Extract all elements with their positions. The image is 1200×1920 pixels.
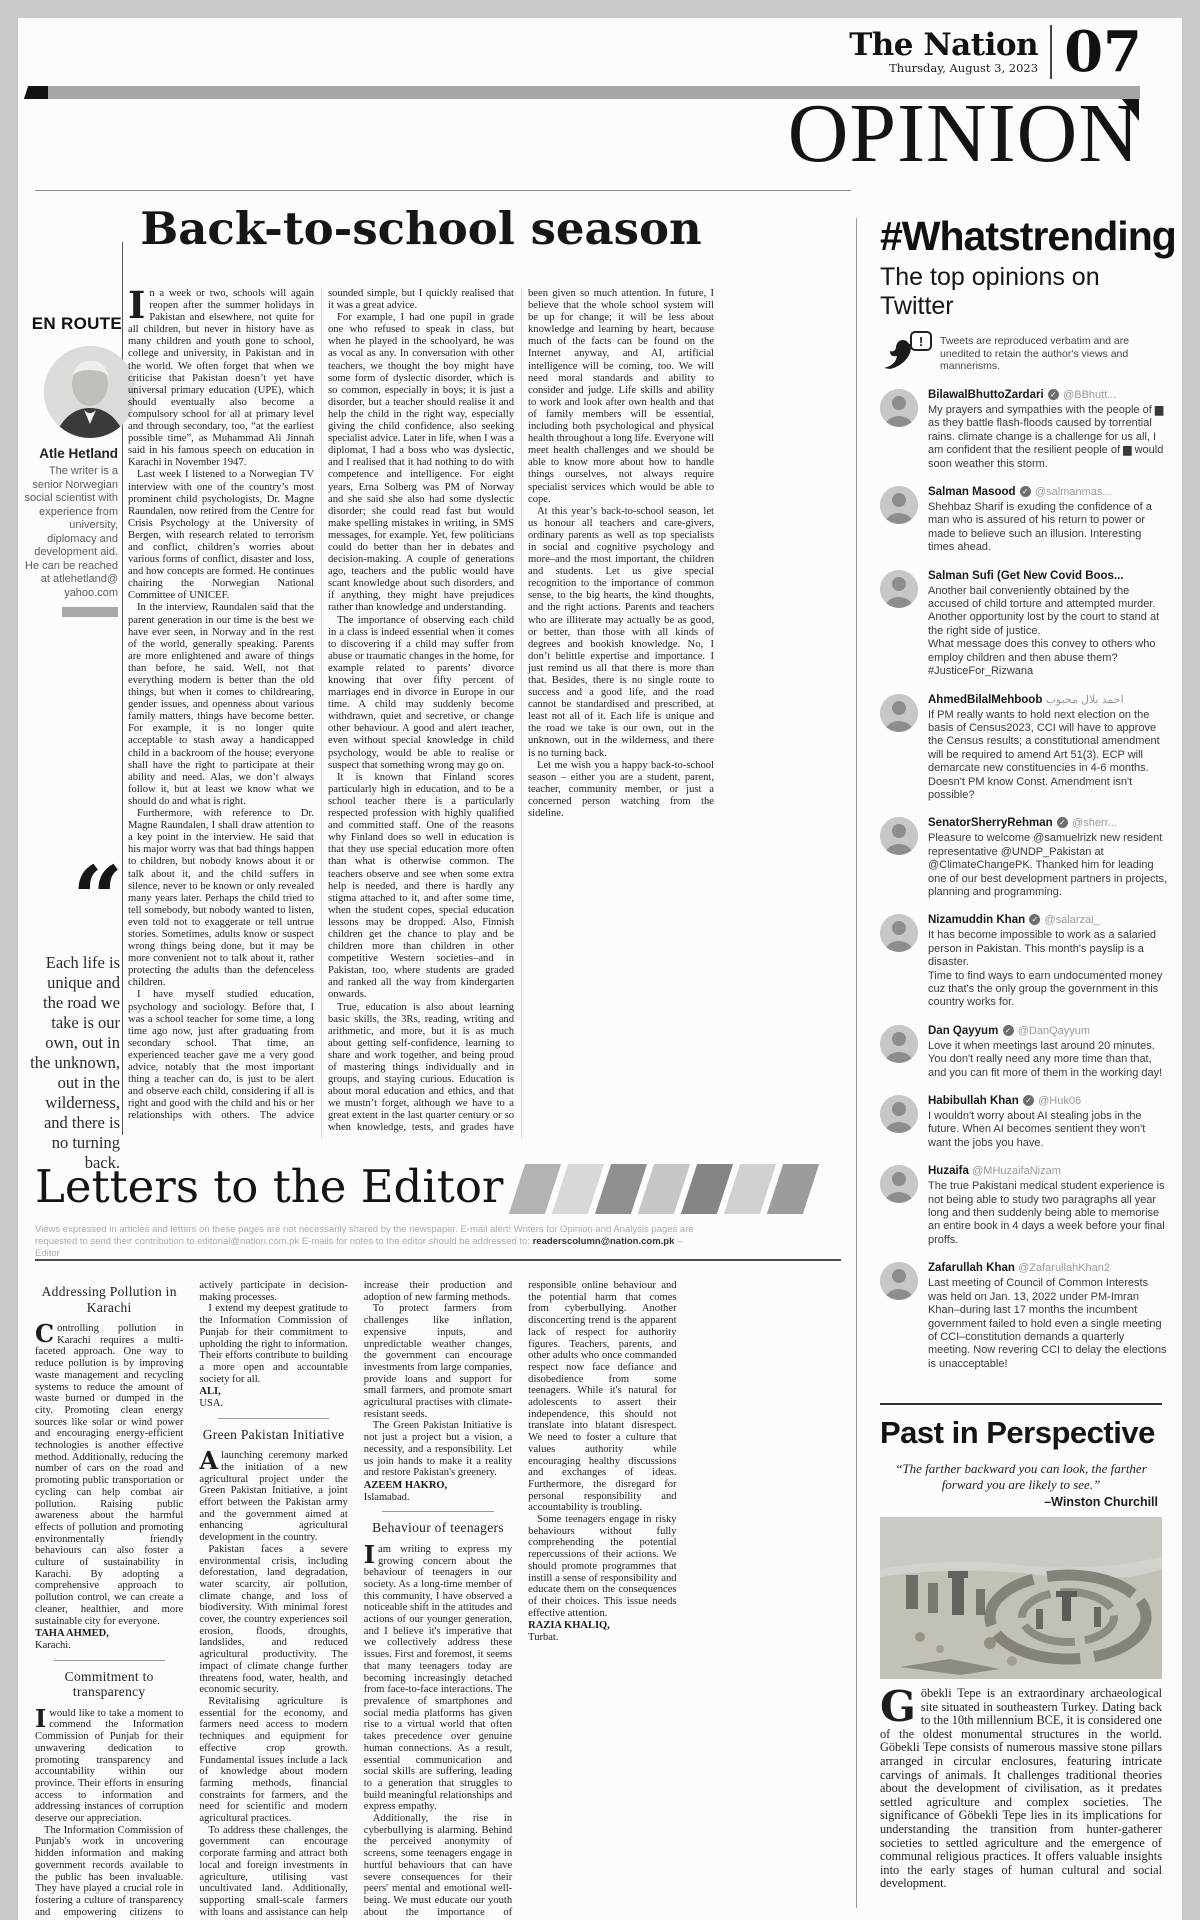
author-block: Atle Hetland The writer is a senior Norw…	[18, 446, 118, 617]
avatar	[880, 1165, 918, 1203]
article-top-rule	[35, 190, 851, 191]
past-in-perspective: Past in Perspective “The farther backwar…	[880, 1403, 1162, 1891]
letter-divider	[382, 1511, 493, 1512]
letter-dropcap: I	[364, 1544, 378, 1565]
tweet-list: BilawalBhuttoZardari ✓ @BBhutt... My pra…	[880, 389, 1168, 1371]
readers-column-email: readerscolumn@nation.com.pk	[533, 1236, 675, 1247]
letter-paragraph: Iwould like to take a moment to commend …	[35, 1708, 183, 1825]
tweet-handle: @DanQayyum	[1018, 1025, 1090, 1037]
tweet: Nizamuddin Khan ✓ @salarzai_ It has beco…	[880, 914, 1168, 1009]
letter-heading: Commitment to transparency	[35, 1669, 183, 1700]
tweet: Zafarullah Khan ✓ @ZafarullahKhan2 Last …	[880, 1262, 1168, 1371]
tweet-header: Huzaifa ✓ @MHuzaifaNizam	[928, 1165, 1168, 1178]
article-paragraph: Let me wish you a happy back-to-school s…	[528, 760, 714, 820]
tweet-handle: احمد بلال محبوب	[1046, 694, 1124, 706]
sidebar-divider	[856, 218, 857, 1908]
pip-rule	[880, 1403, 1162, 1405]
alert-bubble-icon: !	[910, 331, 932, 351]
tweet-author: Huzaifa	[928, 1165, 969, 1177]
tweet-text: Love it when meetings last around 20 min…	[928, 1040, 1168, 1080]
tweet-handle: @Huk06	[1038, 1095, 1081, 1107]
masthead-text: The Nation Thursday, August 3, 2023	[849, 29, 1038, 76]
tweet-handle: @ZafarullahKhan2	[1018, 1262, 1110, 1274]
article-paragraph: For example, I had one pupil in grade on…	[328, 312, 514, 614]
letter-signature-name: TAHA AHMED,	[35, 1628, 183, 1640]
tweet-content: SenatorSherryRehman ✓ @sherr... Pleasure…	[928, 817, 1168, 899]
article-paragraph: In the interview, Raundalen said that th…	[128, 602, 314, 808]
author-bio: The writer is a senior Norwegian social …	[18, 465, 118, 600]
avatar	[880, 389, 918, 427]
verified-badge-icon: ✓	[1048, 389, 1059, 400]
letters-title: Letters to the Editor	[35, 1160, 503, 1213]
letter-signature-city: Karachi.	[35, 1640, 183, 1652]
tweet-content: Huzaifa ✓ @MHuzaifaNizam The true Pakist…	[928, 1165, 1168, 1247]
verified-badge-icon: ✓	[1020, 486, 1031, 497]
tweet-content: Dan Qayyum ✓ @DanQayyum Love it when mee…	[928, 1025, 1168, 1080]
letter-paragraph: I extend my deepest gratitude to the Inf…	[199, 1303, 347, 1385]
avatar	[880, 817, 918, 855]
tweet-text: I wouldn't worry about AI stealing jobs …	[928, 1110, 1168, 1150]
pip-dropcap: G	[880, 1687, 921, 1725]
tweet-header: SenatorSherryRehman ✓ @sherr...	[928, 817, 1168, 830]
letter-paragraph: Revitalising agriculture is essential fo…	[199, 1696, 347, 1825]
letters-header: Letters to the Editor	[35, 1158, 725, 1214]
avatar	[880, 486, 918, 524]
article-paragraph: It is known that Finland scores particul…	[328, 772, 514, 1002]
trending-note: ! Tweets are reproduced verbatim and are…	[880, 331, 1168, 375]
letter-dropcap: A	[199, 1450, 221, 1471]
tweet-text: The true Pakistani medical student exper…	[928, 1180, 1168, 1247]
tweet-header: AhmedBilalMehboob ✓ احمد بلال محبوب	[928, 694, 1168, 707]
tweet-header: BilawalBhuttoZardari ✓ @BBhutt...	[928, 389, 1168, 402]
newspaper-page: The Nation Thursday, August 3, 2023 07 O…	[18, 18, 1182, 1920]
letter-paragraph: Iam writing to express my growing concer…	[364, 1544, 512, 1813]
tweet-content: Salman Masood ✓ @salmanmas... Shehbaz Sh…	[928, 486, 1168, 555]
article-title: Back-to-school season	[128, 204, 714, 254]
tweet: SenatorSherryRehman ✓ @sherr... Pleasure…	[880, 817, 1168, 899]
letters-stripes	[517, 1164, 811, 1214]
letter-signature-name: ALI,	[199, 1386, 347, 1398]
tweet-header: Nizamuddin Khan ✓ @salarzai_	[928, 914, 1168, 927]
article-paragraph: At this year’s back-to-school season, le…	[528, 506, 714, 760]
tweet-header: Salman Sufi (Get New Covid Boos... ✓	[928, 570, 1168, 583]
author-photo	[44, 346, 136, 438]
bio-decoration-bar	[62, 607, 118, 617]
tweet-content: Salman Sufi (Get New Covid Boos... ✓ Ano…	[928, 570, 1168, 679]
pip-body: Göbekli Tepe is an extraordinary archaeo…	[880, 1687, 1162, 1891]
gobekli-tepe-illustration	[880, 1517, 1162, 1679]
tweet-handle: @MHuzaifaNizam	[972, 1165, 1061, 1177]
tweet-text: It has become impossible to work as a sa…	[928, 929, 1168, 1009]
letters-rule	[35, 1259, 841, 1261]
tweet-text: If PM really wants to hold next election…	[928, 709, 1168, 803]
tweet: Salman Sufi (Get New Covid Boos... ✓ Ano…	[880, 570, 1168, 679]
tweet-author: Zafarullah Khan	[928, 1262, 1015, 1274]
pip-attribution: –Winston Churchill	[880, 1495, 1158, 1509]
avatar	[880, 914, 918, 952]
masthead-divider	[1050, 25, 1052, 79]
tweet-header: Zafarullah Khan ✓ @ZafarullahKhan2	[928, 1262, 1168, 1275]
paper-title: The Nation	[849, 29, 1038, 62]
tweet-author: SenatorSherryRehman	[928, 817, 1053, 829]
pip-quote: “The farther backward you can look, the …	[880, 1461, 1162, 1492]
article-paragraph: In a week or two, schools will again reo…	[128, 288, 314, 469]
trending-subtitle: The top opinions on Twitter	[880, 263, 1168, 321]
letter-paragraph: To protect farmers from challenges like …	[364, 1303, 512, 1420]
author-portrait-illustration	[44, 346, 136, 438]
letter-dropcap: I	[35, 1708, 49, 1729]
stripe	[767, 1164, 819, 1214]
masthead: The Nation Thursday, August 3, 2023 07	[849, 24, 1142, 80]
quote-icon: “	[18, 854, 118, 942]
article-paragraph: The importance of observing each child i…	[328, 615, 514, 772]
letter-paragraph: The Green Pakistan Initiative is not jus…	[364, 1420, 512, 1479]
tweet-author: AhmedBilalMehboob	[928, 694, 1042, 706]
avatar	[880, 694, 918, 732]
pull-quote: Each life is unique and the road we take…	[24, 953, 120, 1173]
article-paragraph: Furthermore, with reference to Dr. Magne…	[128, 808, 314, 989]
tweet-author: Dan Qayyum	[928, 1025, 998, 1037]
tweet-text: Another bail conveniently obtained by th…	[928, 585, 1168, 679]
issue-date: Thursday, August 3, 2023	[849, 61, 1038, 75]
tweet-author: Salman Sufi (Get New Covid Boos...	[928, 570, 1124, 582]
tweet-text: Pleasure to welcome @samuelrizk new resi…	[928, 832, 1168, 899]
author-name: Atle Hetland	[18, 446, 118, 461]
letter-signature-city: Islamabad.	[364, 1492, 512, 1504]
tweet-header: Salman Masood ✓ @salmanmas...	[928, 486, 1168, 499]
verified-badge-icon: ✓	[1023, 1095, 1034, 1106]
letter-paragraph: Alaunching ceremony marked the initiatio…	[199, 1450, 347, 1544]
tweet-author: Habibullah Khan	[928, 1095, 1019, 1107]
letter: Addressing Pollution in Karachi Controll…	[35, 1284, 183, 1652]
section-title: OPINION	[788, 92, 1140, 176]
tweet: Habibullah Khan ✓ @Huk06 I wouldn't worr…	[880, 1095, 1168, 1150]
tweet-content: AhmedBilalMehboob ✓ احمد بلال محبوب If P…	[928, 694, 1168, 803]
tweet-text: Shehbaz Sharif is exuding the confidence…	[928, 501, 1168, 555]
tweet-author: BilawalBhuttoZardari	[928, 389, 1044, 401]
pip-title: Past in Perspective	[880, 1415, 1162, 1451]
tweet-header: Dan Qayyum ✓ @DanQayyum	[928, 1025, 1168, 1038]
letters-disclaimer: Views expressed in articles and letters …	[35, 1224, 699, 1260]
letter-signature-city: USA.	[199, 1398, 347, 1410]
avatar	[880, 1025, 918, 1063]
tweet-text: My prayers and sympathies with the peopl…	[928, 404, 1168, 471]
tweet-handle: @salmanmas...	[1035, 486, 1112, 498]
tweet-author: Salman Masood	[928, 486, 1016, 498]
verified-badge-icon: ✓	[1057, 817, 1068, 828]
letter-divider	[54, 1660, 165, 1661]
letters-body: Addressing Pollution in Karachi Controll…	[35, 1280, 841, 1920]
tweet-text: Last meeting of Council of Common Intere…	[928, 1277, 1168, 1371]
trending-title: #Whatstrending	[880, 216, 1168, 257]
tweet-handle: @BBhutt...	[1063, 389, 1116, 401]
tweet-content: Zafarullah Khan ✓ @ZafarullahKhan2 Last …	[928, 1262, 1168, 1371]
article-body: In a week or two, schools will again reo…	[128, 288, 714, 1138]
letter-paragraph: Controlling pollution in Karachi require…	[35, 1323, 183, 1627]
page-number: 07	[1064, 24, 1142, 80]
letter-divider	[218, 1418, 329, 1419]
avatar	[880, 1262, 918, 1300]
article-paragraph: Last week I listened to a Norwegian TV i…	[128, 469, 314, 602]
article-kicker: EN ROUTE	[28, 314, 122, 334]
article-dropcap: I	[128, 288, 149, 321]
verified-badge-icon: ✓	[1029, 914, 1040, 925]
tweet: Huzaifa ✓ @MHuzaifaNizam The true Pakist…	[880, 1165, 1168, 1247]
tweet-author: Nizamuddin Khan	[928, 914, 1025, 926]
tweet: Dan Qayyum ✓ @DanQayyum Love it when mee…	[880, 1025, 1168, 1080]
letter-signature-city: Turbat.	[528, 1632, 676, 1644]
tweet-content: Habibullah Khan ✓ @Huk06 I wouldn't worr…	[928, 1095, 1168, 1150]
letter-heading: Green Pakistan Initiative	[199, 1427, 347, 1443]
tweet-handle: @sherr...	[1072, 817, 1117, 829]
tweet-handle: @salarzai_	[1045, 914, 1100, 926]
letter-signature-name: AZEEM HAKRO,	[364, 1480, 512, 1492]
verified-badge-icon: ✓	[1003, 1025, 1014, 1036]
tweet: AhmedBilalMehboob ✓ احمد بلال محبوب If P…	[880, 694, 1168, 803]
letter-dropcap: C	[35, 1323, 57, 1344]
letter-paragraph: Some teenagers engage in risky behaviour…	[528, 1514, 676, 1619]
tweet: Salman Masood ✓ @salmanmas... Shehbaz Sh…	[880, 486, 1168, 555]
trending-note-text: Tweets are reproduced verbatim and are u…	[940, 331, 1168, 373]
avatar	[880, 570, 918, 608]
tweet-content: BilawalBhuttoZardari ✓ @BBhutt... My pra…	[928, 389, 1168, 471]
twitter-bird-icon: !	[880, 331, 932, 375]
tweet-content: Nizamuddin Khan ✓ @salarzai_ It has beco…	[928, 914, 1168, 1009]
letter-signature-name: RAZIA KHALIQ,	[528, 1620, 676, 1632]
letter-paragraph: Pakistan faces a severe environmental cr…	[199, 1544, 347, 1696]
letter-heading: Addressing Pollution in Karachi	[35, 1284, 183, 1315]
tweet: BilawalBhuttoZardari ✓ @BBhutt... My pra…	[880, 389, 1168, 471]
avatar	[880, 1095, 918, 1133]
letter-heading: Behaviour of teenagers	[364, 1520, 512, 1536]
trending-section: #Whatstrending The top opinions on Twitt…	[880, 216, 1168, 1386]
tweet-header: Habibullah Khan ✓ @Huk06	[928, 1095, 1168, 1108]
